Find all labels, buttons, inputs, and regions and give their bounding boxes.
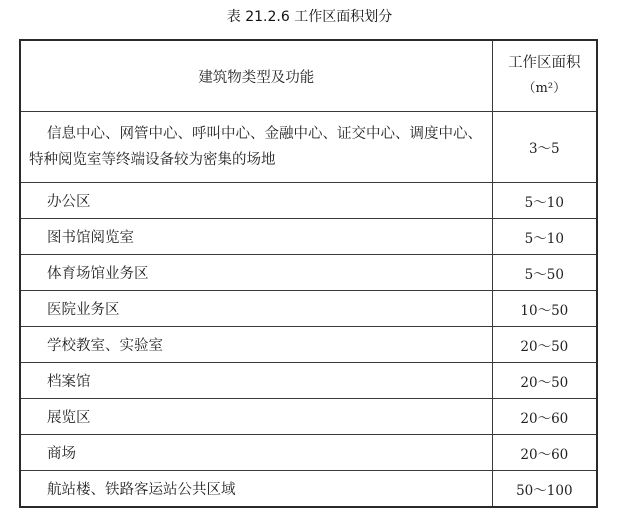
header-work-area-label: 工作区面积	[493, 50, 596, 76]
area-cell: 20～50	[492, 363, 597, 399]
area-cell: 20～50	[492, 327, 597, 363]
building-type-cell: 商场	[20, 435, 492, 471]
table-row: 图书馆阅览室 5～10	[20, 219, 597, 255]
table-row: 医院业务区 10～50	[20, 291, 597, 327]
header-work-area-unit: （m²）	[493, 76, 596, 102]
table-row: 展览区 20～60	[20, 399, 597, 435]
building-type-cell: 展览区	[20, 399, 492, 435]
building-type-cell: 医院业务区	[20, 291, 492, 327]
table-row: 信息中心、网管中心、呼叫中心、金融中心、证交中心、调度中心、特种阅览室等终端设备…	[20, 112, 597, 183]
building-type-cell: 办公区	[20, 183, 492, 219]
table-row: 体育场馆业务区 5～50	[20, 255, 597, 291]
building-type-cell: 学校教室、实验室	[20, 327, 492, 363]
table-row: 学校教室、实验室 20～50	[20, 327, 597, 363]
area-cell: 10～50	[492, 291, 597, 327]
area-cell: 5～10	[492, 183, 597, 219]
area-cell: 3～5	[492, 112, 597, 183]
header-work-area: 工作区面积 （m²）	[492, 40, 597, 112]
table-header-row: 建筑物类型及功能 工作区面积 （m²）	[20, 40, 597, 112]
work-area-table: 建筑物类型及功能 工作区面积 （m²） 信息中心、网管中心、呼叫中心、金融中心、…	[19, 39, 598, 508]
table-row: 办公区 5～10	[20, 183, 597, 219]
building-type-cell: 图书馆阅览室	[20, 219, 492, 255]
area-cell: 5～50	[492, 255, 597, 291]
building-type-cell: 档案馆	[20, 363, 492, 399]
area-cell: 20～60	[492, 399, 597, 435]
table-row: 航站楼、铁路客运站公共区域 50～100	[20, 471, 597, 508]
table-row: 档案馆 20～50	[20, 363, 597, 399]
building-type-cell: 信息中心、网管中心、呼叫中心、金融中心、证交中心、调度中心、特种阅览室等终端设备…	[20, 112, 492, 183]
area-cell: 20～60	[492, 435, 597, 471]
building-type-cell: 体育场馆业务区	[20, 255, 492, 291]
area-cell: 5～10	[492, 219, 597, 255]
table-caption: 表 21.2.6 工作区面积划分	[0, 6, 619, 26]
header-building-type: 建筑物类型及功能	[20, 40, 492, 112]
area-cell: 50～100	[492, 471, 597, 508]
building-type-cell: 航站楼、铁路客运站公共区域	[20, 471, 492, 508]
table-row: 商场 20～60	[20, 435, 597, 471]
